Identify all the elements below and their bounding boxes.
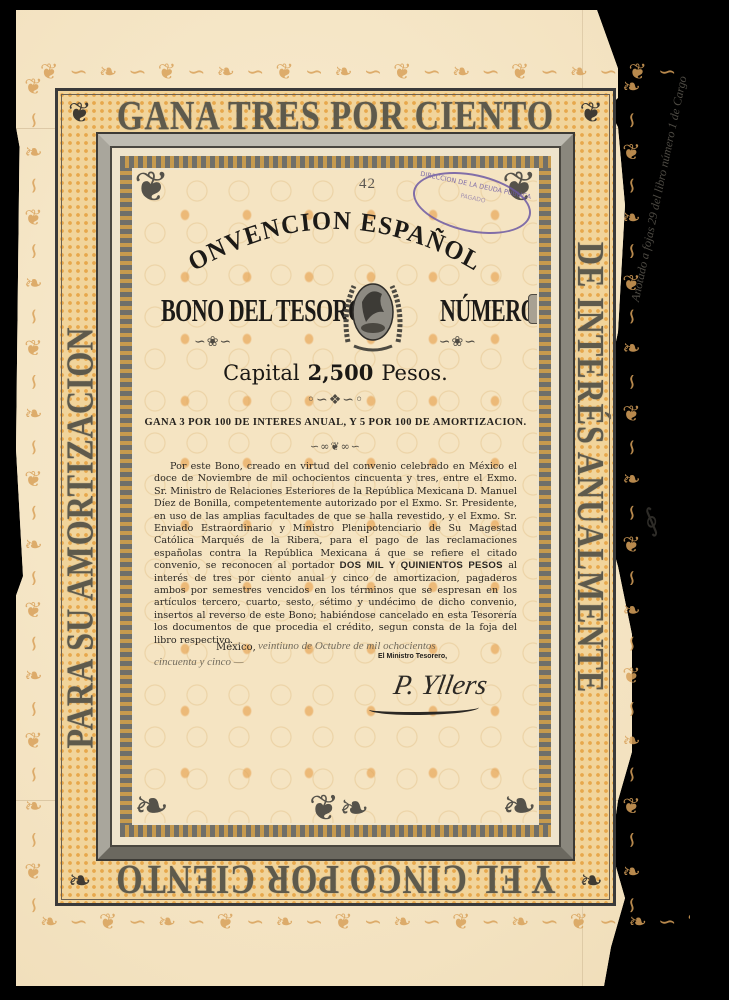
inner-bevel-frame: ❦ ❦ ❧ ❧ ❦❧ 42 DIRECCION DE LA DEUDA PUBL…: [98, 134, 573, 859]
mexican-eagle-seal-icon: [340, 272, 406, 354]
corner-ornament-icon: ❧: [502, 785, 537, 823]
bottom-ornament-icon: ❦❧: [309, 791, 369, 823]
scroll-ornament-icon: ∽❀∽: [439, 334, 477, 350]
numero-label: NÚMERO: [440, 292, 537, 330]
minister-label: El Ministro Tesorero,: [378, 653, 447, 660]
scroll-ornament-left: ❦ ∽ ❧ ∽ ❦ ∽ ❧ ∽ ❦ ∽ ❧ ∽ ❦ ∽ ❧ ∽ ❦ ∽ ❧ ∽ …: [22, 75, 44, 915]
bono-label: BONO DEL TESORO: [161, 292, 365, 330]
flourish-icon: ❧: [68, 867, 91, 895]
place-label: México,: [216, 642, 256, 653]
scroll-ornament-top: ❦ ∽ ❧ ∽ ❦ ∽ ❧ ∽ ❦ ∽ ❧ ∽ ❦ ∽ ❧ ∽ ❦ ∽ ❧ ∽ …: [40, 62, 685, 84]
capital-line: Capital2,500Pesos.: [134, 360, 537, 385]
handwritten-date-line-2: cincuenta y cinco —: [154, 656, 244, 668]
divider-ornament-icon: ◦∽❖∽◦: [134, 392, 537, 408]
corner-ornament-icon: ❧: [134, 785, 169, 823]
bond-number: 545: [528, 294, 537, 324]
divider-ornament-icon: ∽∞❦∞∽: [134, 440, 537, 453]
interest-terms: GANA 3 POR 100 DE INTERES ANUAL, Y 5 POR…: [134, 417, 537, 428]
serial-small: 42: [359, 176, 376, 193]
svg-text:CONVENCION ESPAÑOLA: CONVENCION ESPAÑOLA: [134, 200, 486, 277]
capital-label: Capital: [223, 361, 299, 385]
title: CONVENCION ESPAÑOLA: [134, 200, 537, 280]
signature-flourish: [369, 702, 479, 715]
border-text-left: PARA SU AMORTIZACION: [60, 91, 100, 903]
outer-border-frame: GANA TRES POR CIENTO Y EL CINCO POR CIEN…: [55, 88, 616, 906]
capital-amount: 2,500: [308, 360, 374, 385]
bono-row: BONO DEL TESORO NÚMERO 545 ∽❀∽ ∽❀∽: [134, 272, 537, 352]
scroll-ornament-right: ❧ ∽ ❦ ∽ ❧ ∽ ❦ ∽ ❧ ∽ ❦ ∽ ❧ ∽ ❦ ∽ ❧ ∽ ❦ ∽ …: [620, 75, 642, 915]
scroll-ornament-bottom: ❧ ∽ ❦ ∽ ❧ ∽ ❦ ∽ ❧ ∽ ❦ ∽ ❧ ∽ ❦ ∽ ❧ ∽ ❦ ∽ …: [40, 912, 690, 934]
scroll-ornament-icon: ∽❀∽: [194, 334, 232, 350]
amount-words: DOS MIL Y QUINIENTOS PESOS: [340, 560, 503, 571]
border-text-top: GANA TRES POR CIENTO: [58, 94, 613, 140]
border-text-right: DE INTERÉS ANUALMENTE: [571, 91, 611, 903]
flourish-icon: ❦: [68, 99, 91, 127]
guilloche-field: ❦ ❦ ❧ ❧ ❦❧ 42 DIRECCION DE LA DEUDA PUBL…: [134, 170, 537, 823]
border-text-bottom: Y EL CINCO POR CIENTO: [58, 855, 613, 901]
flourish-icon: ❧: [580, 867, 603, 895]
bond-body-text: Por este Bono, creado en virtud del conv…: [154, 461, 517, 647]
signature: P. Yllers: [391, 670, 490, 702]
capital-unit: Pesos.: [381, 361, 448, 385]
flourish-icon: ❦: [580, 99, 603, 127]
handwritten-date-line-1: veintiuno de Octubre de mil ochocientos: [258, 640, 436, 652]
